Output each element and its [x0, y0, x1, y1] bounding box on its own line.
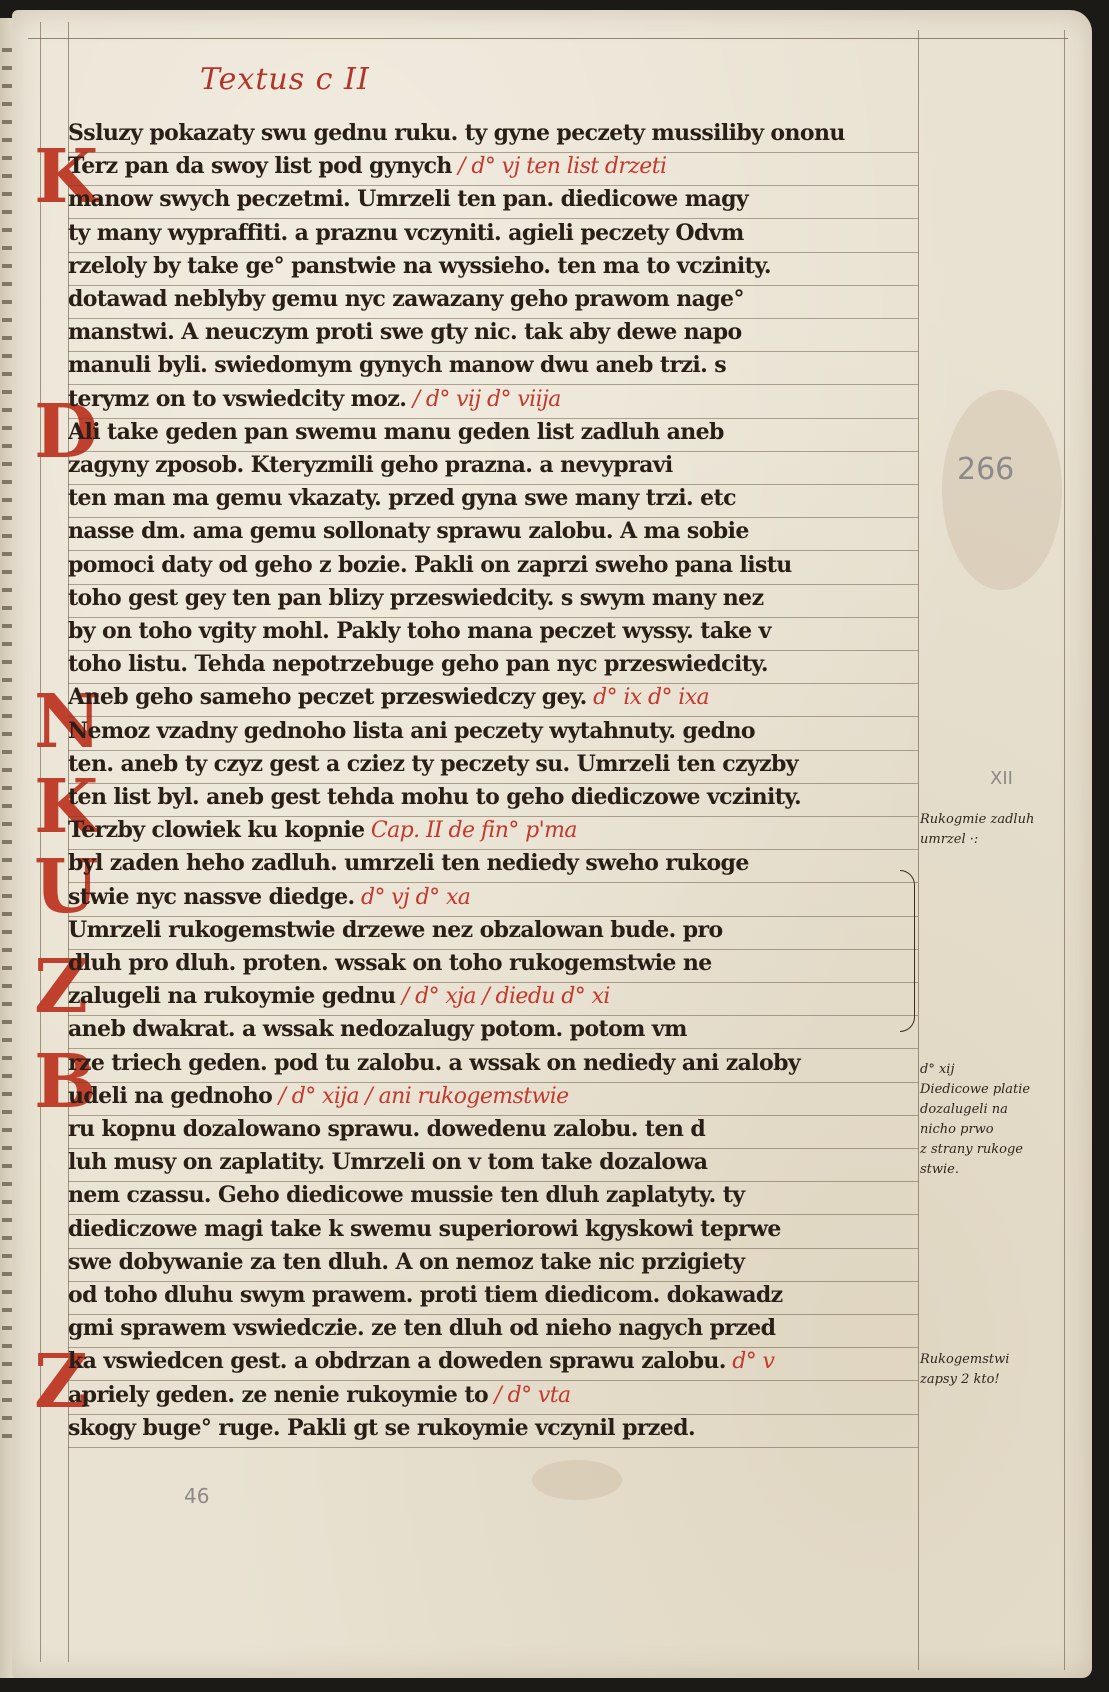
line-text: Nemoz vzadny gednoho lista ani peczety w…	[68, 718, 755, 744]
line-text: od toho dluhu swym prawem. proti tiem di…	[68, 1282, 783, 1308]
line-text: manow swych peczetmi. Umrzeli ten pan. d…	[68, 186, 748, 212]
line-text: Ali take geden pan swemu manu geden list…	[68, 419, 724, 445]
marginal-note: Rukogemstwi zapsy 2 kto!	[920, 1350, 1009, 1390]
text-line: manstwi. A neuczym proti swe gty nic. ta…	[68, 317, 918, 352]
rubric-reference: / d° xija / ani rukogemstwie	[272, 1084, 568, 1109]
ruling-right-outer	[1064, 30, 1065, 1670]
line-text: Ssluzy pokazaty swu gednu ruku. ty gyne …	[68, 120, 845, 146]
line-text: Aneb geho sameho peczet przeswiedczy gey…	[68, 684, 587, 710]
ruling-top	[28, 38, 1068, 39]
line-text: toho gest gey ten pan blizy przeswiedcit…	[68, 585, 763, 611]
line-text: ten. aneb ty czyz gest a cziez ty peczet…	[68, 751, 798, 777]
text-line: toho listu. Tehda nepotrzebuge geho pan …	[68, 649, 918, 684]
line-text: swe dobywanie za ten dluh. A on nemoz ta…	[68, 1249, 744, 1275]
line-text: gmi sprawem vswiedczie. ze ten dluh od n…	[68, 1315, 775, 1341]
text-line: zalugeli na rukoymie gednu / d° xja / di…	[68, 981, 918, 1016]
marginal-note: d° xij Diedicowe platie dozalugeli na ni…	[920, 1060, 1030, 1180]
line-text: Terz pan da swoy list pod gynych	[68, 153, 452, 179]
text-line: ty many wypraffiti. a praznu vczyniti. a…	[68, 218, 918, 253]
text-line: luh musy on zaplatity. Umrzeli on v tom …	[68, 1147, 918, 1182]
ruling-right-inner	[918, 30, 919, 1670]
text-line: dotawad neblyby gemu nyc zawazany geho p…	[68, 284, 918, 319]
line-text: ty many wypraffiti. a praznu vczyniti. a…	[68, 220, 744, 246]
line-text: luh musy on zaplatity. Umrzeli on v tom …	[68, 1149, 707, 1175]
line-text: toho listu. Tehda nepotrzebuge geho pan …	[68, 651, 768, 677]
text-line: ka vswiedcen gest. a obdrzan a doweden s…	[68, 1346, 918, 1381]
rubric-reference: / d° vj ten list drzeti	[452, 154, 667, 179]
marginal-note: Rukogmie zadluh umrzel ·:	[920, 810, 1034, 850]
rubric-reference: / d° vij d° viija	[406, 387, 560, 412]
line-text: byl zaden heho zadluh. umrzeli ten nedie…	[68, 850, 749, 876]
line-text: rze triech geden. pod tu zalobu. a wssak…	[68, 1050, 800, 1076]
line-text: aneb dwakrat. a wssak nedozalugy potom. …	[68, 1016, 687, 1042]
text-line: pomoci daty od geho z bozie. Pakli on za…	[68, 550, 918, 585]
line-text: terymz on to vswiedcity moz.	[68, 386, 406, 412]
text-line: ten. aneb ty czyz gest a cziez ty peczet…	[68, 749, 918, 784]
line-text: diediczowe magi take k swemu superiorowi…	[68, 1216, 781, 1242]
bottom-pencil-note: 46	[184, 1484, 209, 1508]
line-text: udeli na gednoho	[68, 1083, 272, 1109]
line-text: manuli byli. swiedomym gynych manow dwu …	[68, 352, 726, 378]
text-line: Nemoz vzadny gednoho lista ani peczety w…	[68, 716, 918, 751]
line-text: apriely geden. ze nenie rukoymie to	[68, 1382, 488, 1408]
text-line: Ssluzy pokazaty swu gednu ruku. ty gyne …	[68, 118, 918, 153]
line-text: nem czassu. Geho diedicowe mussie ten dl…	[68, 1182, 744, 1208]
text-line: byl zaden heho zadluh. umrzeli ten nedie…	[68, 848, 918, 883]
text-line: udeli na gednoho / d° xija / ani rukogem…	[68, 1081, 918, 1116]
text-line: stwie nyc nassve diedge. d° vj d° xa	[68, 882, 918, 917]
line-text: nasse dm. ama gemu sollonaty sprawu zalo…	[68, 518, 749, 544]
folio-number: 266	[957, 452, 1014, 487]
line-text: ka vswiedcen gest. a obdrzan a doweden s…	[68, 1348, 726, 1374]
line-text: ten list byl. aneb gest tehda mohu to ge…	[68, 784, 801, 810]
text-line: dluh pro dluh. proten. wssak on toho ruk…	[68, 948, 918, 983]
quire-mark: XII	[990, 768, 1013, 789]
line-text: by on toho vgity mohl. Pakly toho mana p…	[68, 618, 771, 644]
text-line: manow swych peczetmi. Umrzeli ten pan. d…	[68, 184, 918, 219]
text-line: ten man ma gemu vkazaty. przed gyna swe …	[68, 483, 918, 518]
rubric-reference: / d° vta	[488, 1383, 570, 1408]
line-text: zagyny zposob. Kteryzmili geho prazna. a…	[68, 452, 673, 478]
rubric-reference: d° vj d° xa	[355, 885, 471, 910]
text-line: rze triech geden. pod tu zalobu. a wssak…	[68, 1048, 918, 1083]
text-line: od toho dluhu swym prawem. proti tiem di…	[68, 1280, 918, 1315]
line-text: rzeloly by take ge° panstwie na wyssieho…	[68, 253, 771, 279]
text-line: ru kopnu dozalowano sprawu. dowedenu zal…	[68, 1114, 918, 1149]
running-head: Textus c II	[200, 62, 370, 97]
line-text: stwie nyc nassve diedge.	[68, 884, 355, 910]
text-line: Ali take geden pan swemu manu geden list…	[68, 417, 918, 452]
text-line: zagyny zposob. Kteryzmili geho prazna. a…	[68, 450, 918, 485]
line-text: pomoci daty od geho z bozie. Pakli on za…	[68, 552, 792, 578]
line-text: manstwi. A neuczym proti swe gty nic. ta…	[68, 319, 742, 345]
stain	[532, 1460, 622, 1500]
text-line: diediczowe magi take k swemu superiorowi…	[68, 1214, 918, 1249]
text-line: skogy buge° ruge. Pakli gt se rukoymie v…	[68, 1413, 918, 1448]
text-line: aneb dwakrat. a wssak nedozalugy potom. …	[68, 1014, 918, 1049]
text-line: Aneb geho sameho peczet przeswiedczy gey…	[68, 682, 918, 717]
stain	[942, 390, 1062, 590]
rubric-reference: Cap. II de fin° p'ma	[365, 818, 577, 843]
text-line: Terzby clowiek ku kopnie Cap. II de fin°…	[68, 815, 918, 850]
line-text: zalugeli na rukoymie gednu	[68, 983, 396, 1009]
text-line: ten list byl. aneb gest tehda mohu to ge…	[68, 782, 918, 817]
rubric-reference: d° ix d° ixa	[587, 685, 709, 710]
text-line: by on toho vgity mohl. Pakly toho mana p…	[68, 616, 918, 651]
text-line: nem czassu. Geho diedicowe mussie ten dl…	[68, 1180, 918, 1215]
line-text: dotawad neblyby gemu nyc zawazany geho p…	[68, 286, 744, 312]
line-text: ten man ma gemu vkazaty. przed gyna swe …	[68, 485, 736, 511]
line-text: Terzby clowiek ku kopnie	[68, 817, 365, 843]
rubric-reference: / d° xja / diedu d° xi	[396, 984, 610, 1009]
text-line: nasse dm. ama gemu sollonaty sprawu zalo…	[68, 516, 918, 551]
text-line: toho gest gey ten pan blizy przeswiedcit…	[68, 583, 918, 618]
line-text: ru kopnu dozalowano sprawu. dowedenu zal…	[68, 1116, 705, 1142]
text-line: terymz on to vswiedcity moz. / d° vij d°…	[68, 384, 918, 419]
text-line: Terz pan da swoy list pod gynych / d° vj…	[68, 151, 918, 186]
margin-bracket	[900, 870, 915, 1032]
line-text: Umrzeli rukogemstwie drzewe nez obzalowa…	[68, 917, 723, 943]
rubric-reference: d° v	[726, 1349, 775, 1374]
text-line: apriely geden. ze nenie rukoymie to / d°…	[68, 1380, 918, 1415]
line-text: skogy buge° ruge. Pakli gt se rukoymie v…	[68, 1415, 695, 1441]
text-line: Umrzeli rukogemstwie drzewe nez obzalowa…	[68, 915, 918, 950]
text-line: rzeloly by take ge° panstwie na wyssieho…	[68, 251, 918, 286]
text-line: swe dobywanie za ten dluh. A on nemoz ta…	[68, 1247, 918, 1282]
text-line: manuli byli. swiedomym gynych manow dwu …	[68, 350, 918, 385]
text-line: gmi sprawem vswiedczie. ze ten dluh od n…	[68, 1313, 918, 1348]
line-text: dluh pro dluh. proten. wssak on toho ruk…	[68, 950, 712, 976]
